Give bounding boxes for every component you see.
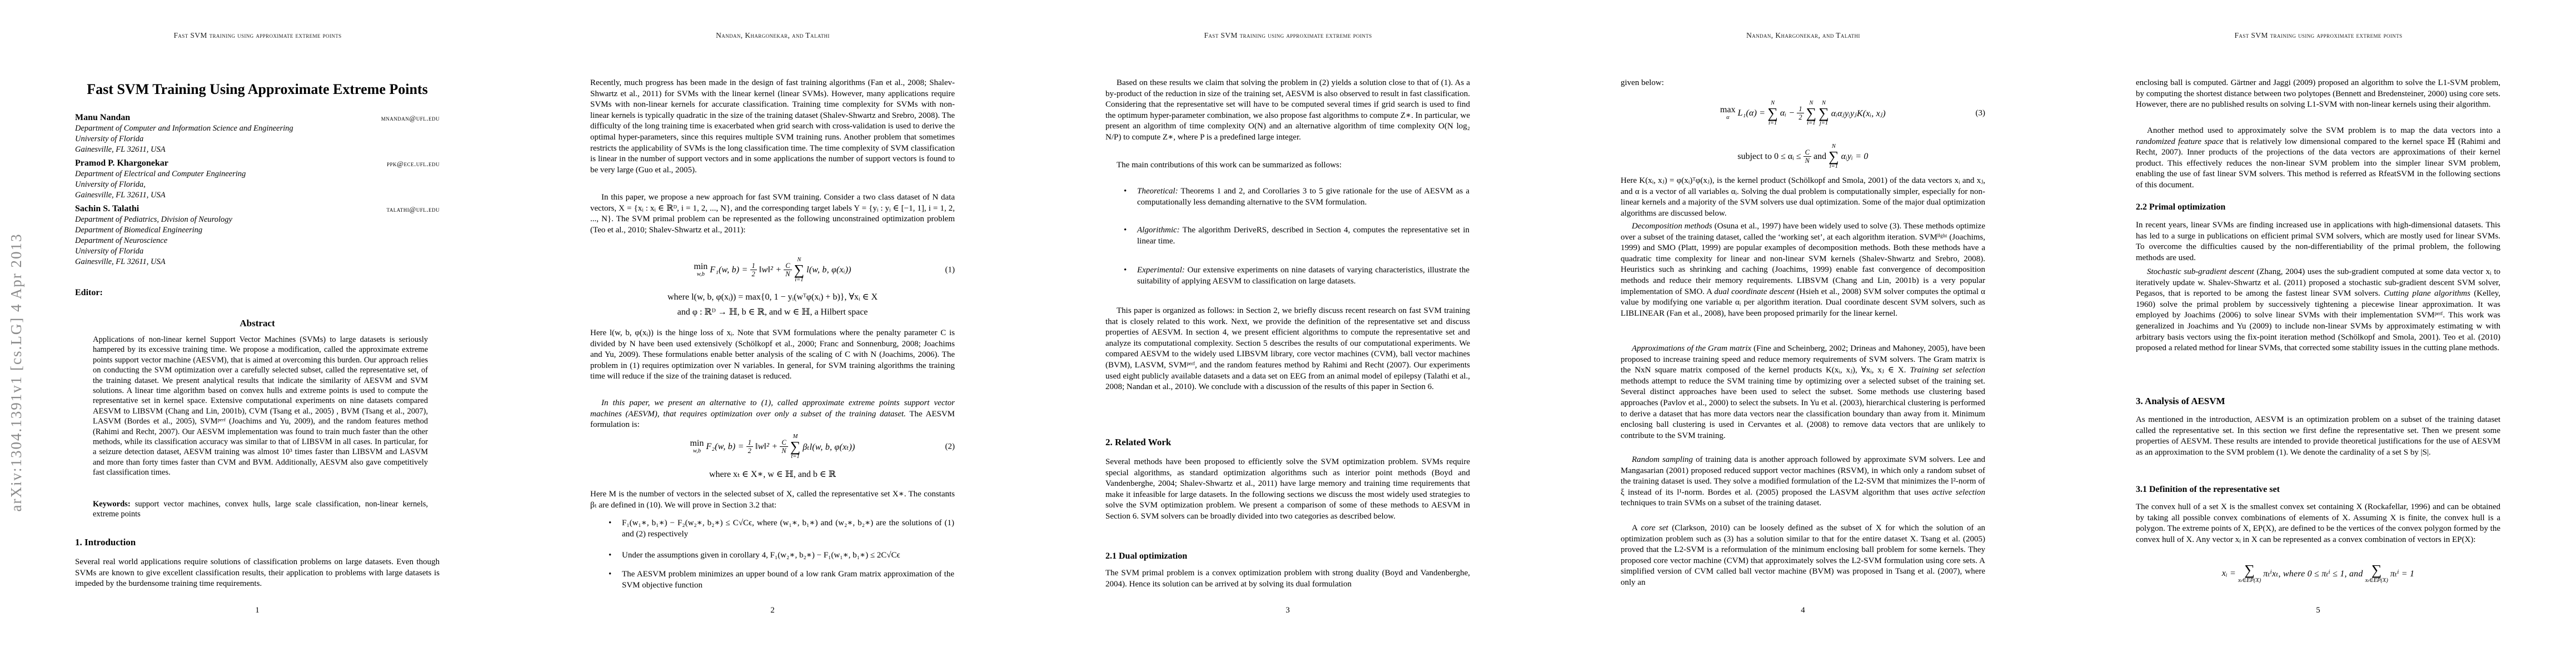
min-operator: minw,b — [692, 262, 709, 278]
bullet-item: • Theoretical: Theorems 1 and 2, and Cor… — [1124, 186, 1469, 208]
bullet-icon: • — [1124, 225, 1137, 247]
author-email: talathi@ufl.edu — [387, 205, 440, 214]
body-paragraph: The main contributions of this work can … — [1105, 160, 1470, 171]
bullet-icon: • — [609, 569, 622, 591]
paper-pages: Fast SVM training using approximate extr… — [0, 0, 2576, 667]
bullet-text: F₁(w₁∗, b₁∗) − F₂(w₂∗, b₂∗) ≤ C√Cϵ, wher… — [622, 518, 954, 540]
bullet-text: Algorithmic: The algorithm DeriveRS, des… — [1137, 225, 1469, 247]
author-block-1: Manu Nandan mnandan@ufl.edu Department o… — [75, 112, 440, 155]
running-head: Fast SVM training using approximate extr… — [39, 31, 476, 40]
body-paragraph: Here K(xᵢ, xⱼ) = φ(xᵢ)ᵀφ(xⱼ), is the ker… — [1621, 176, 1985, 219]
section-heading-dual-optimization: 2.1 Dual optimization — [1105, 551, 1470, 561]
page-5: Fast SVM training using approximate extr… — [2061, 0, 2576, 667]
affiliation-line: University of Florida, — [75, 180, 440, 190]
body-paragraph: In this paper, we propose a new approach… — [590, 192, 955, 236]
body-paragraph: given below: — [1621, 78, 1985, 89]
max-operator: maxα — [1719, 106, 1737, 121]
body-paragraph: The SVM primal problem is a convex optim… — [1105, 568, 1470, 590]
display-equation-2: minw,b F₂(w, b) = 12 ‖w‖² + CN M∑t=1 βₜl… — [590, 434, 955, 460]
running-head: Nandan, Khargonekar, and Talathi — [1585, 31, 2022, 40]
paper-title: Fast SVM Training Using Approximate Extr… — [75, 81, 440, 98]
affiliation-line: Gainesville, FL 32611, USA — [75, 190, 440, 201]
display-equation-1: minw,b F₁(w, b) = 12 ‖w‖² + CN N∑i=1 l(w… — [590, 257, 955, 283]
page-4: Nandan, Khargonekar, and Talathi given b… — [1546, 0, 2061, 667]
fraction: 12 — [745, 439, 754, 455]
fraction: 12 — [749, 262, 758, 278]
bullet-text: Theoretical: Theorems 1 and 2, and Corol… — [1137, 186, 1469, 208]
affiliation-line: Gainesville, FL 32611, USA — [75, 145, 440, 155]
keywords-line: Keywords: support vector machines, conve… — [93, 499, 428, 520]
affiliation-line: Department of Neuroscience — [75, 236, 440, 246]
affiliation-line: Gainesville, FL 32611, USA — [75, 257, 440, 267]
affiliation-line: Department of Biomedical Engineering — [75, 225, 440, 236]
page-number: 2 — [590, 606, 955, 615]
section-heading-primal-optimization: 2.2 Primal optimization — [2136, 202, 2500, 212]
page-number: 3 — [1105, 606, 1470, 615]
body-paragraph: Random sampling of training data is anot… — [1621, 455, 1985, 509]
running-head: Fast SVM training using approximate extr… — [1069, 31, 1507, 40]
bullet-icon: • — [609, 550, 622, 561]
page-3: Fast SVM training using approximate extr… — [1030, 0, 1546, 667]
body-paragraph: In recent years, linear SVMs are finding… — [2136, 220, 2500, 263]
sum-symbol: ∑xₜ∈EP(X) — [2237, 564, 2262, 584]
equation-where-line: where l(w, b, φ(xᵢ)) = max{0, 1 − yᵢ(wᵀφ… — [590, 291, 955, 302]
affiliation-line: Department of Computer and Information S… — [75, 123, 440, 134]
body-paragraph: Stochastic sub-gradient descent (Zhang, … — [2136, 267, 2500, 354]
sum-symbol: ∑xₜ∈EP(X) — [2364, 564, 2389, 584]
page-1: Fast SVM training using approximate extr… — [0, 0, 515, 667]
bullet-text: The AESVM problem minimizes an upper bou… — [622, 569, 954, 591]
section-heading-introduction: 1. Introduction — [75, 537, 440, 548]
author-block-3: Sachin S. Talathi talathi@ufl.edu Depart… — [75, 203, 440, 267]
body-paragraph: Several methods have been proposed to ef… — [1105, 457, 1470, 522]
body-paragraph: The convex hull of a set X is the smalle… — [2136, 502, 2500, 545]
sum-symbol: N∑i=1 — [1827, 143, 1840, 170]
arxiv-watermark: arXiv:1304.1391v1 [cs.LG] 4 Apr 2013 — [8, 195, 28, 550]
body-paragraph: Decomposition methods (Osuna et al., 199… — [1621, 221, 1985, 319]
body-paragraph-italic: In this paper, we present an alternative… — [590, 398, 955, 431]
sum-symbol: N∑i=1 — [1766, 100, 1779, 127]
running-head: Fast SVM training using approximate extr… — [2100, 31, 2537, 40]
section-heading-representative-set: 3.1 Definition of the representative set — [2136, 485, 2500, 495]
section-heading-analysis-aesvm: 3. Analysis of AESVM — [2136, 396, 2500, 407]
author-email: mnandan@ufl.edu — [381, 114, 440, 123]
body-paragraph: Approximations of the Gram matrix (Fine … — [1621, 344, 1985, 441]
author-name: Pramod P. Khargonekar — [75, 158, 440, 169]
sum-symbol: M∑t=1 — [789, 434, 802, 460]
bullet-text: Under the assumptions given in corollary… — [622, 550, 900, 561]
fraction: 12 — [1796, 105, 1805, 122]
body-paragraph: Another method used to approximately sol… — [2136, 126, 2500, 191]
editor-label: Editor: — [75, 288, 103, 298]
page-number: 5 — [2136, 606, 2500, 615]
page-2: Nandan, Khargonekar, and Talathi Recentl… — [515, 0, 1030, 667]
body-paragraph: Here l(w, b, φ(xᵢ)) is the hinge loss of… — [590, 328, 955, 382]
display-equation-3: maxα L₁(α) = N∑i=1 αᵢ − 12 N∑i=1 N∑j=1 α… — [1621, 100, 1985, 127]
body-paragraph: Recently, much progress has been made in… — [590, 78, 955, 176]
body-paragraph: Here M is the number of vectors in the s… — [590, 489, 955, 511]
abstract-text: Applications of non-linear kernel Suppor… — [93, 335, 428, 478]
sum-symbol: N∑i=1 — [793, 257, 806, 283]
fraction: CN — [779, 439, 789, 455]
bullet-icon: • — [609, 518, 622, 540]
section-heading-related-work: 2. Related Work — [1105, 437, 1470, 448]
body-paragraph: Several real world applications require … — [75, 557, 440, 590]
author-email: ppk@ece.ufl.edu — [387, 160, 440, 168]
equation-number: (3) — [1976, 108, 1986, 118]
bullet-item: • Algorithmic: The algorithm DeriveRS, d… — [1124, 225, 1469, 247]
affiliation-line: University of Florida — [75, 134, 440, 145]
equation-subject-line: subject to 0 ≤ αᵢ ≤ CN and N∑i=1 αᵢyᵢ = … — [1621, 143, 1985, 170]
bullet-item: • Under the assumptions given in corolla… — [609, 550, 954, 561]
bullet-item: • F₁(w₁∗, b₁∗) − F₂(w₂∗, b₂∗) ≤ C√Cϵ, wh… — [609, 518, 954, 540]
bullet-text: Experimental: Our extensive experiments … — [1137, 265, 1469, 287]
equation-where-line: and φ : ℝᴰ → ℍ, b ∈ ℝ, and w ∈ ℍ, a Hilb… — [590, 306, 955, 317]
body-paragraph: This paper is organized as follows: in S… — [1105, 306, 1470, 393]
min-operator: minw,b — [689, 439, 705, 455]
body-paragraph: enclosing ball is computed. Gärtner and … — [2136, 78, 2500, 111]
page-number: 1 — [75, 606, 440, 615]
equation-number: (2) — [945, 442, 955, 451]
bullet-item: • Experimental: Our extensive experiment… — [1124, 265, 1469, 287]
equation-where-line: where xₜ ∈ X∗, w ∈ ℍ, and b ∈ ℝ — [590, 469, 955, 480]
bullet-icon: • — [1124, 186, 1137, 208]
sum-symbol: N∑j=1 — [1817, 100, 1830, 127]
affiliation-line: Department of Pediatrics, Division of Ne… — [75, 215, 440, 225]
bullet-item: • The AESVM problem minimizes an upper b… — [609, 569, 954, 591]
author-block-2: Pramod P. Khargonekar ppk@ece.ufl.edu De… — [75, 158, 440, 201]
abstract-heading: Abstract — [75, 318, 440, 329]
author-name: Sachin S. Talathi — [75, 203, 440, 215]
display-equation-convex-combination: xᵢ = ∑xₜ∈EP(X) πₜⁱxₜ, where 0 ≤ πₜⁱ ≤ 1,… — [2136, 564, 2500, 584]
fraction: CN — [1802, 148, 1812, 165]
affiliation-line: Department of Electrical and Computer En… — [75, 169, 440, 180]
running-head: Nandan, Khargonekar, and Talathi — [554, 31, 991, 40]
fraction: CN — [783, 262, 793, 278]
bullet-icon: • — [1124, 265, 1137, 287]
affiliation-line: University of Florida — [75, 246, 440, 257]
body-paragraph: A core set (Clarkson, 2010) can be loose… — [1621, 523, 1985, 589]
body-paragraph: Based on these results we claim that sol… — [1105, 78, 1470, 143]
body-paragraph: As mentioned in the introduction, AESVM … — [2136, 415, 2500, 458]
sum-symbol: N∑i=1 — [1805, 100, 1818, 127]
equation-number: (1) — [945, 265, 955, 275]
page-number: 4 — [1621, 606, 1985, 615]
